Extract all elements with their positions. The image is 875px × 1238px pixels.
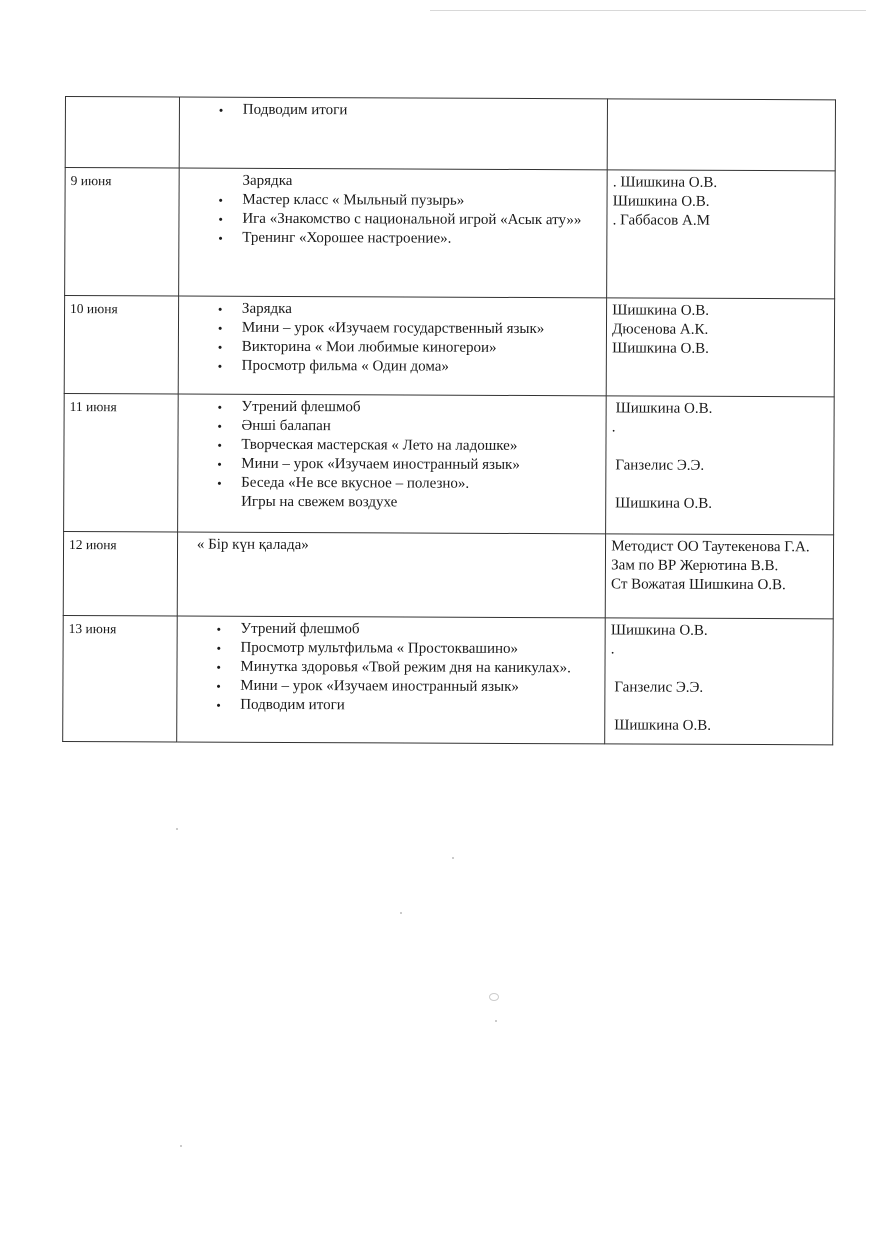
scan-speck [489, 993, 499, 1001]
activity-item: Зарядка [242, 172, 601, 193]
responsible-cell: Шишкина О.В.. Ганзелис Э.Э. Шишкина О.В. [606, 396, 834, 535]
activity-item: Просмотр мультфильма « Простоквашино» [240, 639, 599, 660]
responsible-person: Зам по ВР Жерютина В.В. [611, 556, 828, 576]
activity-item: Тренинг «Хорошее настроение». [242, 229, 601, 250]
responsible-person [612, 437, 829, 457]
activity-item: Просмотр фильма « Один дома» [242, 357, 601, 378]
date-cell: 11 июня [64, 393, 178, 531]
responsible-cell: Шишкина О.В.Дюсенова А.К.Шишкина О.В. [606, 298, 834, 397]
activities-list: ЗарядкаМини – урок «Изучаем государствен… [184, 300, 602, 378]
responsible-person: Шишкина О.В. [612, 339, 829, 359]
activities-list: ЗарядкаМастер класс « Мыльный пузырь»Ига… [184, 172, 602, 250]
activity-item: Мини – урок «Изучаем иностранный язык» [241, 455, 600, 476]
responsible-person: Шишкина О.В. [611, 621, 828, 641]
activity-item: Минутка здоровья «Твой режим дня на кани… [240, 658, 599, 679]
activities-cell: ЗарядкаМини – урок «Изучаем государствен… [178, 296, 607, 396]
scan-speck [180, 1145, 182, 1147]
responsible-person: Шишкина О.В. [612, 301, 829, 321]
responsible-cell: Методист ОО Таутекенова Г.А.Зам по ВР Же… [605, 534, 833, 619]
activities-list: Утрений флешмобПросмотр мультфильма « Пр… [182, 620, 600, 717]
date-cell: 13 июня [63, 615, 177, 741]
scan-artifact-line [430, 10, 866, 11]
activities-cell: « Бір күн қалада» [177, 532, 606, 618]
activities-cell: Утрений флешмобПросмотр мультфильма « Пр… [177, 616, 606, 744]
responsible-cell [607, 99, 835, 171]
table-row: 9 июняЗарядкаМастер класс « Мыльный пузы… [65, 168, 836, 299]
responsible-cell: . Шишкина О.В.Шишкина О.В.. Габбасов А.М [607, 170, 835, 299]
activity-item: Подводим итоги [243, 101, 602, 122]
table-row: Подводим итоги [65, 97, 835, 171]
activity-item: Мини – урок «Изучаем иностранный язык» [240, 677, 599, 698]
activities-list: « Бір күн қалада» [183, 536, 600, 557]
activities-cell: Подводим итоги [179, 97, 608, 170]
activity-item: Подводим итоги [240, 696, 599, 717]
responsible-person [611, 475, 828, 495]
scan-speck [400, 912, 402, 914]
activity-item: Әнші балапан [241, 417, 600, 438]
activity-item: Беседа «Не все вкусное – полезно». [241, 474, 600, 495]
activity-item: Викторина « Мои любимые киногерои» [242, 338, 601, 359]
responsible-person: . [611, 640, 828, 660]
responsible-person: . Шишкина О.В. [613, 173, 830, 193]
scan-speck [176, 828, 178, 830]
responsible-person: Методист ОО Таутекенова Г.А. [611, 537, 828, 557]
scan-speck [452, 857, 454, 859]
responsible-person: Шишкина О.В. [612, 399, 829, 419]
responsible-person: Шишкина О.В. [613, 192, 830, 212]
activity-item: Мини – урок «Изучаем государственный язы… [242, 319, 601, 340]
date-cell: 9 июня [65, 168, 179, 296]
table-row: 12 июня« Бір күн қалада»Методист ОО Таут… [63, 531, 833, 618]
schedule-table: Подводим итоги9 июняЗарядкаМастер класс … [62, 96, 836, 745]
activity-item: Утрений флешмоб [241, 620, 600, 641]
responsible-person: . Габбасов А.М [613, 211, 830, 231]
responsible-person [611, 659, 828, 679]
date-cell: 12 июня [63, 531, 177, 615]
responsible-cell: Шишкина О.В.. Ганзелис Э.Э. Шишкина О.В. [605, 618, 833, 745]
table-row: 10 июняЗарядкаМини – урок «Изучаем госуд… [64, 296, 834, 397]
activities-cell: Утрений флешмобӘнші балапанТворческая ма… [177, 394, 606, 534]
responsible-person: Шишкина О.В. [611, 494, 828, 514]
responsible-person: Ганзелис Э.Э. [611, 678, 828, 698]
table-row: 11 июняУтрений флешмобӘнші балапанТворче… [64, 393, 835, 534]
responsible-person: Шишкина О.В. [610, 716, 827, 736]
responsible-person: Ст Вожатая Шишкина О.В. [611, 575, 828, 595]
date-cell: 10 июня [64, 296, 178, 394]
activities-cell: ЗарядкаМастер класс « Мыльный пузырь»Ига… [179, 168, 608, 298]
responsible-person: Дюсенова А.К. [612, 320, 829, 340]
activities-list: Утрений флешмобӘнші балапанТворческая ма… [183, 398, 601, 514]
table-row: 13 июняУтрений флешмобПросмотр мультфиль… [63, 615, 834, 744]
activity-item: Игры на свежем воздухе [241, 493, 600, 514]
responsible-person: Ганзелис Э.Э. [612, 456, 829, 476]
responsible-person [611, 697, 828, 717]
responsible-person: . [612, 418, 829, 438]
activity-item: Творческая мастерская « Лето на ладошке» [241, 436, 600, 457]
activity-item: Утрений флешмоб [241, 398, 600, 419]
activities-list: Подводим итоги [185, 101, 602, 122]
activity-item: « Бір күн қалада» [197, 536, 600, 557]
activity-item: Зарядка [242, 300, 601, 321]
activity-item: Мастер класс « Мыльный пузырь» [242, 191, 601, 212]
activity-item: Ига «Знакомство с национальной игрой «Ас… [242, 210, 601, 231]
scan-speck [495, 1020, 497, 1022]
date-cell [65, 97, 179, 168]
